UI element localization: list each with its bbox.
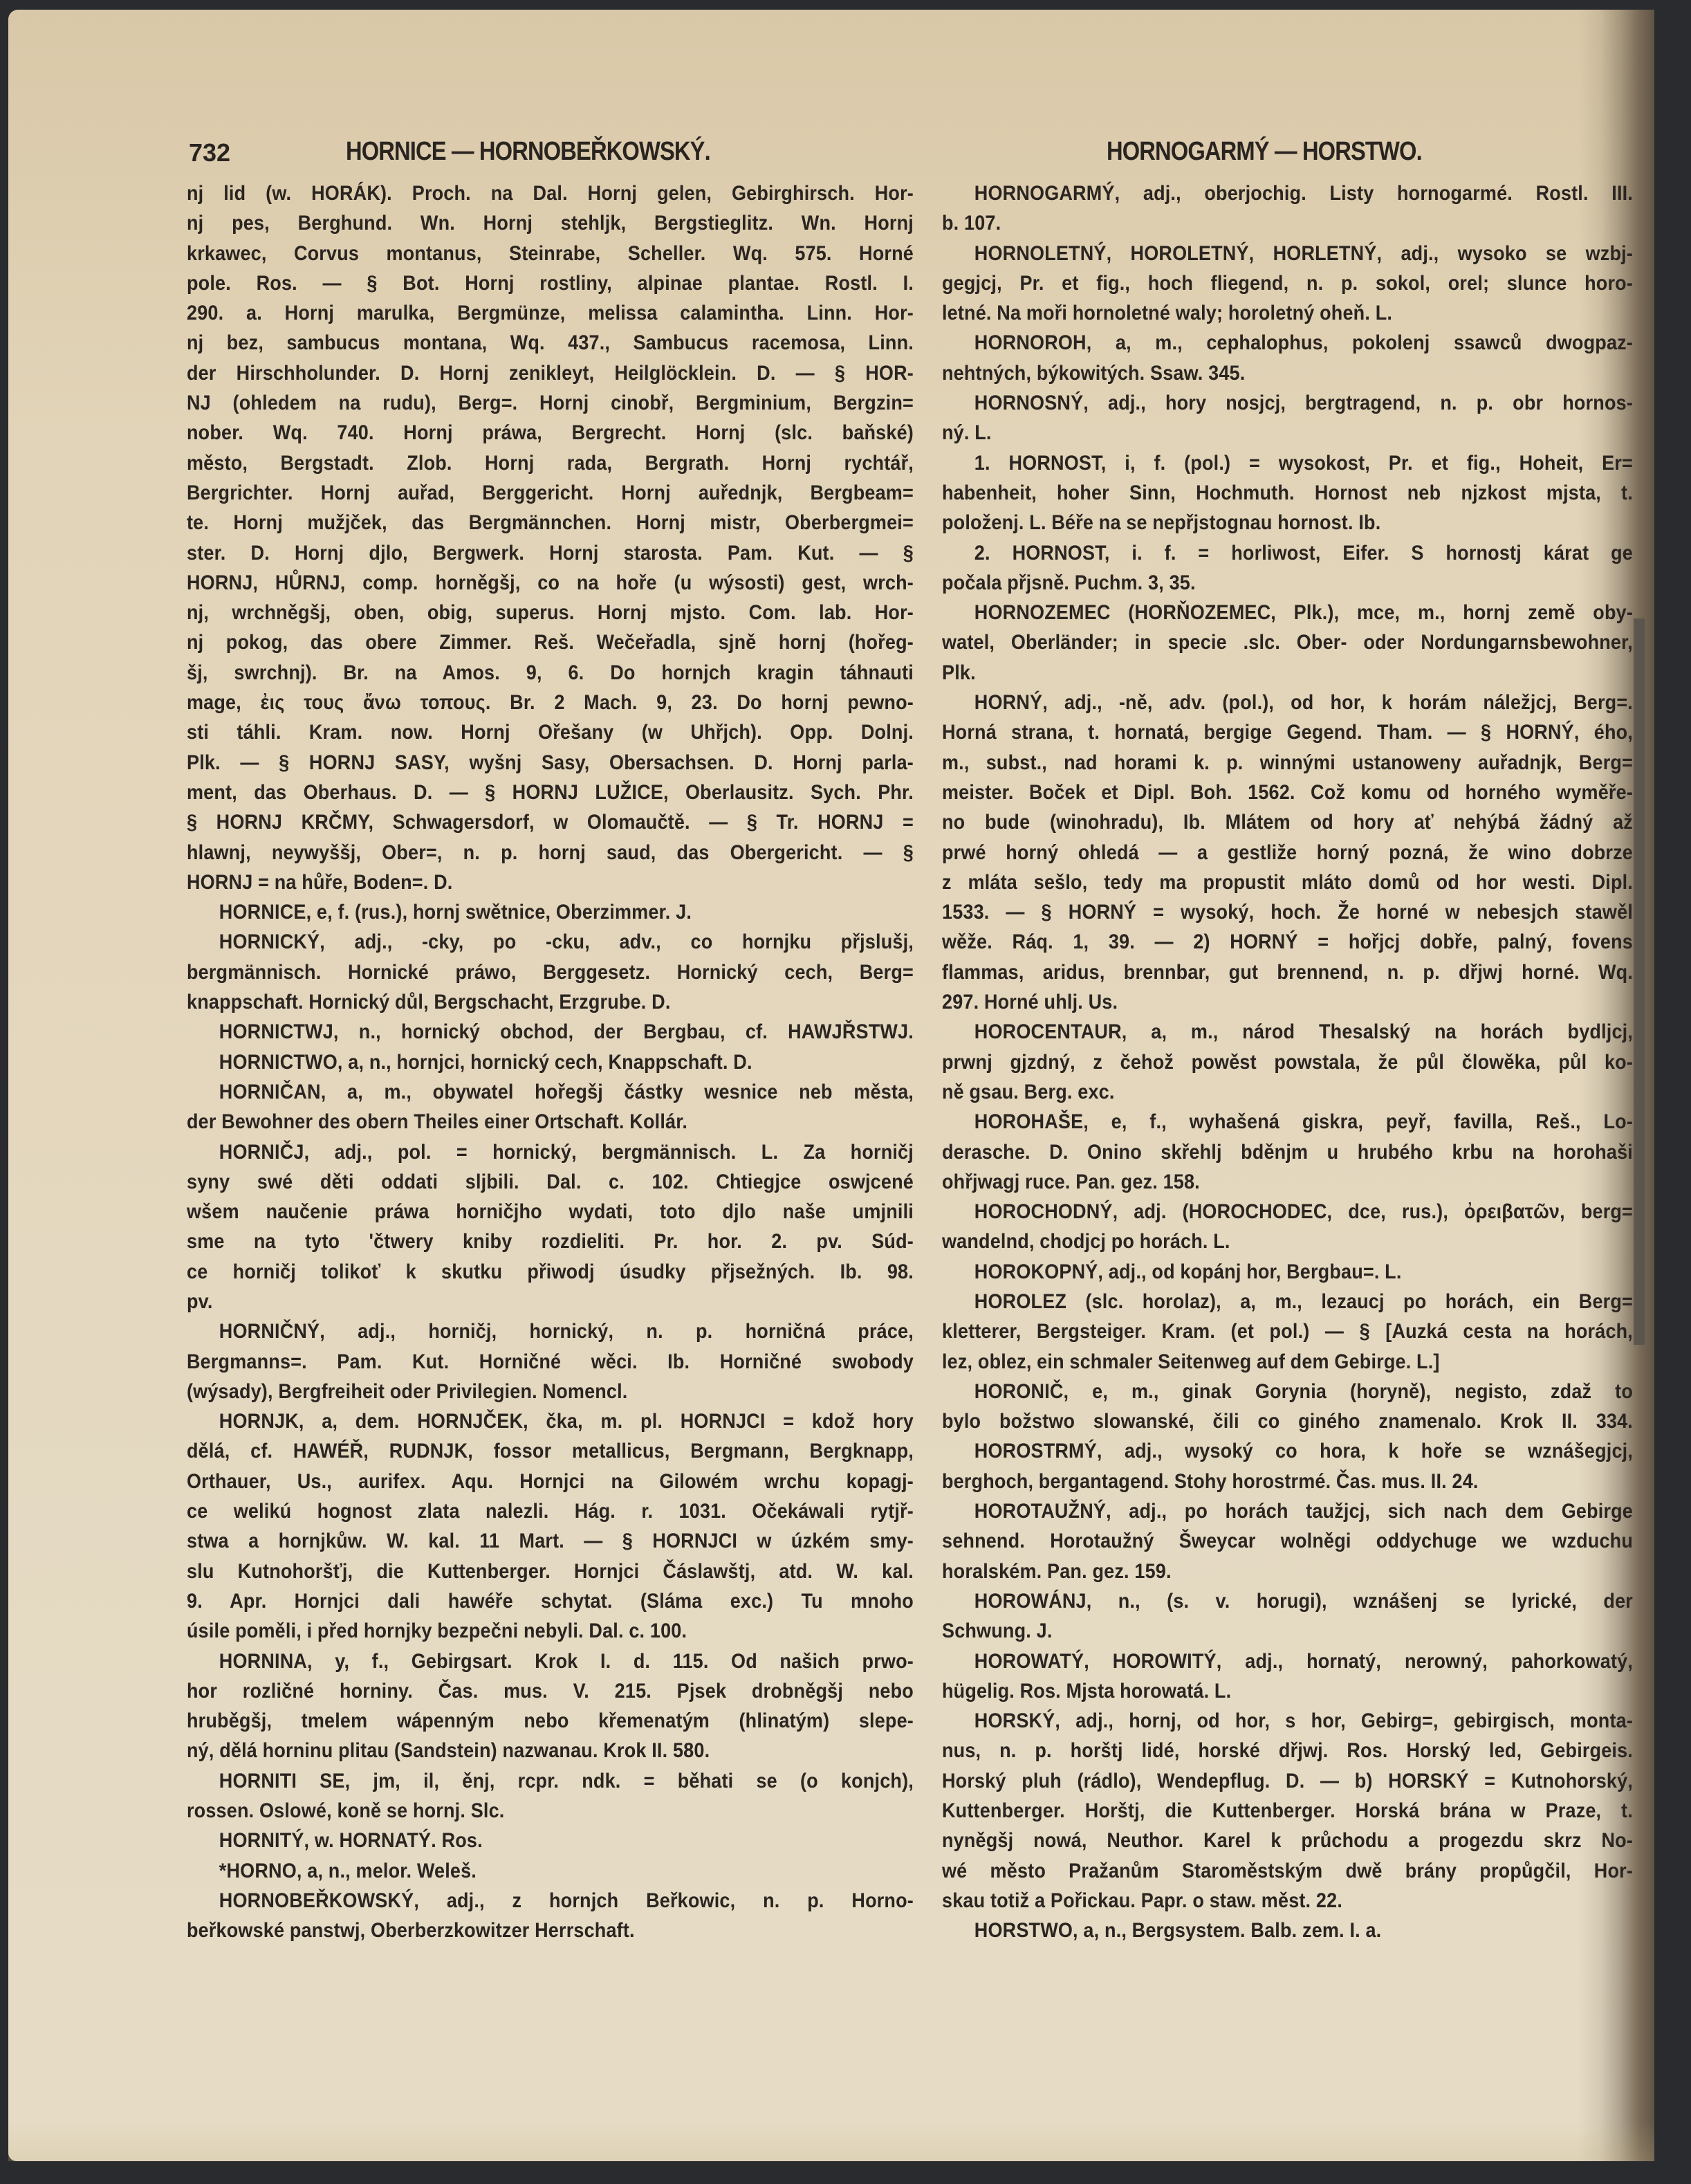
dictionary-text-line: HORNÝ, adj., -ně, adv. (pol.), od hor, k…	[942, 688, 1633, 717]
dictionary-text-line: HORNINA, y, f., Gebirgsart. Krok I. d. 1…	[187, 1646, 914, 1676]
dictionary-text-line: HORNIČAN, a, m., obywatel hořegšj částky…	[187, 1077, 914, 1107]
dictionary-text-line: prwnj gjzdný, z čehož powěst powstala, ž…	[942, 1047, 1633, 1077]
left-column: nj lid (w. HORÁK). Proch. na Dal. Hornj …	[187, 178, 914, 1946]
dictionary-text-line: HORSTWO, a, n., Bergsystem. Balb. zem. I…	[942, 1916, 1633, 1945]
dictionary-text-line: ohřjwagj ruce. Pan. gez. 158.	[942, 1167, 1633, 1197]
dictionary-text-line: HORNICTWO, a, n., hornjci, hornický cech…	[187, 1047, 914, 1077]
dictionary-text-line: nober. Wq. 740. Hornj práwa, Bergrecht. …	[187, 418, 914, 448]
dictionary-text-line: hor rozličné horniny. Čas. mus. V. 215. …	[187, 1676, 914, 1706]
dictionary-text-line: krkawec, Corvus montanus, Steinrabe, Sch…	[187, 239, 914, 268]
dictionary-text-line: HORNJK, a, dem. HORNJČEK, čka, m. pl. HO…	[187, 1406, 914, 1436]
dictionary-text-line: skau totiž a Pořickau. Papr. o staw. měs…	[942, 1886, 1633, 1916]
dictionary-text-line: bergmännisch. Hornické práwo, Berggesetz…	[187, 957, 914, 987]
dictionary-text-line: HORNITÝ, w. HORNATÝ. Ros.	[187, 1826, 914, 1855]
dictionary-text-line: HOROCENTAUR, a, m., národ Thesalský na h…	[942, 1017, 1633, 1047]
dictionary-text-line: lez, oblez, ein schmaler Seitenweg auf d…	[942, 1347, 1633, 1377]
running-head-left: HORNICE — HORNOBEŘKOWSKÝ.	[346, 137, 710, 178]
dictionary-text-line: stwa a hornjkůw. W. kal. 11 Mart. — § HO…	[187, 1526, 914, 1556]
dictionary-text-line: letné. Na moři hornoletné waly; horoletn…	[942, 298, 1633, 328]
dictionary-text-line: HORNICKÝ, adj., -cky, po -cku, adv., co …	[187, 927, 914, 957]
dictionary-text-line: gegjcj, Pr. et fig., hoch fliegend, n. p…	[942, 268, 1633, 298]
dictionary-text-line: Bergmanns=. Pam. Kut. Horničné wěci. Ib.…	[187, 1347, 914, 1377]
dictionary-text-line: sti táhli. Kram. now. Hornj Ořešany (w U…	[187, 717, 914, 747]
dictionary-text-line: nj lid (w. HORÁK). Proch. na Dal. Hornj …	[187, 178, 914, 208]
dictionary-text-line: hruběgšj, tmelem wápenným nebo křemenatý…	[187, 1706, 914, 1736]
running-head-right: HORNOGARMÝ — HORSTWO.	[1107, 137, 1422, 178]
dictionary-text-line: město, Bergstadt. Zlob. Hornj rada, Berg…	[187, 448, 914, 478]
dictionary-text-line: nyněgšj nowá, Neuthor. Karel k průchodu …	[942, 1826, 1633, 1855]
dictionary-text-line: 1. HORNOST, i, f. (pol.) = wysokost, Pr.…	[942, 448, 1633, 478]
dictionary-text-line: *HORNO, a, n., melor. Weleš.	[187, 1856, 914, 1886]
dictionary-text-line: HORSKÝ, adj., hornj, od hor, s hor, Gebi…	[942, 1706, 1633, 1736]
dictionary-text-line: Orthauer, Us., aurifex. Aqu. Hornjci na …	[187, 1467, 914, 1496]
dictionary-text-line: HORNOROH, a, m., cephalophus, pokolenj s…	[942, 328, 1633, 358]
page-number: 732	[189, 138, 230, 167]
dictionary-text-line: prwé horný ohledá — a gestliže horný poz…	[942, 838, 1633, 868]
dictionary-text-line: HOROWÁNJ, n., (s. v. horugi), wznášenj s…	[942, 1586, 1633, 1616]
dictionary-text-line: šj, swrchnj). Br. na Amos. 9, 6. Do horn…	[187, 658, 914, 688]
dictionary-text-line: nj pokog, das obere Zimmer. Reš. Wečeřad…	[187, 627, 914, 657]
dictionary-text-line: b. 107.	[942, 208, 1633, 238]
dictionary-text-line: HORNJ, HŮRNJ, comp. horněgšj, co na hoře…	[187, 568, 914, 598]
dictionary-text-line: HORNITI SE, jm, il, ěnj, rcpr. ndk. = bě…	[187, 1766, 914, 1796]
dictionary-text-line: wěže. Ráq. 1, 39. — 2) HORNÝ = hořjcj do…	[942, 927, 1633, 957]
dictionary-text-line: nus, n. p. horštj lidé, horské dřjwj. Ro…	[942, 1736, 1633, 1765]
dictionary-text-line: ce welikú hognost zlata nalezli. Hág. r.…	[187, 1496, 914, 1526]
dictionary-text-line: HORNIČNÝ, adj., horničj, hornický, n. p.…	[187, 1316, 914, 1346]
dictionary-text-line: slu Kutnohoršťj, die Kuttenberger. Hornj…	[187, 1557, 914, 1586]
dictionary-text-line: 1533. — § HORNÝ = wysoký, hoch. Že horné…	[942, 897, 1633, 927]
dictionary-text-line: 297. Horné uhlj. Us.	[942, 987, 1633, 1017]
page-bottom-edge	[8, 2120, 1654, 2161]
dictionary-text-line: meister. Boček et Dipl. Boh. 1562. Což k…	[942, 778, 1633, 807]
dictionary-text-line: HOROTAUŽNÝ, adj., po horách taužjcj, sic…	[942, 1496, 1633, 1526]
dictionary-text-line: z mláta sešlo, tedy ma propustit mláto d…	[942, 868, 1633, 897]
dictionary-text-line: hlawnj, neywyššj, Ober=, n. p. hornj sau…	[187, 838, 914, 868]
dictionary-text-line: 2. HORNOST, i. f. = horliwost, Eifer. S …	[942, 538, 1633, 568]
dictionary-text-line: úsile poměli, i před hornjky bezpečni ne…	[187, 1616, 914, 1646]
dictionary-text-line: sehnend. Horotaužný Šweycar wolněgi oddy…	[942, 1526, 1633, 1556]
dictionary-text-line: te. Hornj mužjček, das Bergmännchen. Hor…	[187, 508, 914, 538]
dictionary-text-line: bylo božstwo slowanské, čili co giného z…	[942, 1406, 1633, 1436]
dictionary-text-line: nj pes, Berghund. Wn. Hornj stehljk, Ber…	[187, 208, 914, 238]
dictionary-text-line: ster. D. Hornj djlo, Bergwerk. Hornj sta…	[187, 538, 914, 568]
dictionary-text-line: knappschaft. Hornický důl, Bergschacht, …	[187, 987, 914, 1017]
dictionary-text-line: pv.	[187, 1287, 914, 1316]
dictionary-text-line: HORNOBEŘKOWSKÝ, adj., z hornjch Beřkowic…	[187, 1886, 914, 1916]
dictionary-text-line: položenj. L. Béře na se nepřjstognau hor…	[942, 508, 1633, 538]
dictionary-text-line: derasche. D. Onino skřehlj bděnjm u hrub…	[942, 1137, 1633, 1167]
dictionary-text-line: HOROLEZ (slc. horolaz), a, m., lezaucj p…	[942, 1287, 1633, 1316]
dictionary-text-line: HORNOZEMEC (HORŇOZEMEC, Plk.), mce, m., …	[942, 598, 1633, 627]
dictionary-text-line: watel, Oberländer; in specie .slc. Ober-…	[942, 627, 1633, 657]
dictionary-text-line: ment, das Oberhaus. D. — § HORNJ LUŽICE,…	[187, 778, 914, 807]
dictionary-text-line: Horná strana, t. hornatá, bergige Gegend…	[942, 717, 1633, 747]
dictionary-text-line: mage, ἐις τους ἄνω τοπους. Br. 2 Mach. 9…	[187, 688, 914, 717]
dictionary-text-line: počala přjsně. Puchm. 3, 35.	[942, 568, 1633, 598]
dictionary-text-line: horalském. Pan. gez. 159.	[942, 1557, 1633, 1586]
dictionary-text-line: ně gsau. Berg. exc.	[942, 1077, 1633, 1107]
dictionary-text-line: nj, wrchněgšj, oben, obig, superus. Horn…	[187, 598, 914, 627]
dictionary-text-line: m., subst., nad horami k. p. winnými ust…	[942, 748, 1633, 778]
dictionary-text-line: sme na tyto 'čtwery kniby rozdieliti. Pr…	[187, 1227, 914, 1256]
dictionary-text-line: syny swé děti oddati sljbili. Dal. c. 10…	[187, 1167, 914, 1197]
dictionary-text-line: beřkowské panstwj, Oberberzkowitzer Herr…	[187, 1916, 914, 1945]
dictionary-text-line: Plk.	[942, 658, 1633, 688]
right-column: HORNOGARMÝ, adj., oberjochig. Listy horn…	[942, 178, 1634, 1946]
dictionary-text-line: wandelnd, chodjcj po horách. L.	[942, 1227, 1633, 1256]
dictionary-text-line: (wýsady), Bergfreiheit oder Privilegien.…	[187, 1377, 914, 1406]
dictionary-text-line: pole. Ros. — § Bot. Hornj rostliny, alpi…	[187, 268, 914, 298]
dictionary-text-line: Bergrichter. Hornj auřad, Berggericht. H…	[187, 478, 914, 508]
dictionary-text-line: HOROKOPNÝ, adj., od kopánj hor, Bergbau=…	[942, 1257, 1633, 1287]
dictionary-text-line: NJ (ohledem na rudu), Berg=. Hornj cinob…	[187, 388, 914, 418]
dictionary-text-line: 290. a. Hornj marulka, Bergmünze, meliss…	[187, 298, 914, 328]
dictionary-text-line: der Hirschholunder. D. Hornj zenikleyt, …	[187, 358, 914, 388]
dictionary-text-line: Plk. — § HORNJ SASY, wyšnj Sasy, Obersac…	[187, 748, 914, 778]
dictionary-text-line: Horský pluh (rádlo), Wendepflug. D. — b)…	[942, 1766, 1633, 1796]
dictionary-text-line: HORNICTWJ, n., hornický obchod, der Berg…	[187, 1017, 914, 1047]
dictionary-text-line: HORNJ = na hůře, Boden=. D.	[187, 868, 914, 897]
dictionary-text-line: HORNOLETNÝ, HOROLETNÝ, HORLETNÝ, adj., w…	[942, 239, 1633, 268]
dictionary-text-line: wé město Pražanům Staroměstským dwě brán…	[942, 1856, 1633, 1886]
dictionary-text-line: ný, dělá horninu plitau (Sandstein) nazw…	[187, 1736, 914, 1765]
dictionary-text-line: der Bewohner des obern Theiles einer Ort…	[187, 1107, 914, 1137]
dictionary-text-line: HOROHAŠE, e, f., wyhašená giskra, peyř, …	[942, 1107, 1633, 1137]
dictionary-text-line: wšem naučenie práwa horničjho wydati, to…	[187, 1197, 914, 1227]
dictionary-text-line: HORNICE, e, f. (rus.), hornj swětnice, O…	[187, 897, 914, 927]
dictionary-text-line: 9. Apr. Hornjci dali hawéře schytat. (Sl…	[187, 1586, 914, 1616]
binding-shadow-band	[1634, 618, 1645, 1345]
dictionary-text-line: HORONIČ, e, m., ginak Gorynia (horyně), …	[942, 1377, 1633, 1406]
dictionary-text-line: no bude (winohradu), Ib. Mlátem od hory …	[942, 807, 1633, 837]
dictionary-text-line: HOROSTRMÝ, adj., wysoký co hora, k hoře …	[942, 1436, 1633, 1466]
dictionary-text-line: hügelig. Ros. Mjsta horowatá. L.	[942, 1676, 1633, 1706]
dictionary-text-line: § HORNJ KRČMY, Schwagersdorf, w Olomaučt…	[187, 807, 914, 837]
dictionary-text-line: nehtných, býkowitých. Ssaw. 345.	[942, 358, 1633, 388]
dictionary-text-line: dělá, cf. HAWÉŘ, RUDNJK, fossor metallic…	[187, 1436, 914, 1466]
dictionary-text-line: ce horničj tolikoť k skutku přiwodj úsud…	[187, 1257, 914, 1287]
dictionary-text-line: rossen. Oslowé, koně se hornj. Slc.	[187, 1796, 914, 1826]
dictionary-text-line: HOROCHODNÝ, adj. (HOROCHODEC, dce, rus.)…	[942, 1197, 1633, 1227]
dictionary-text-line: flammas, aridus, brennbar, gut brennend,…	[942, 957, 1633, 987]
dictionary-text-line: berghoch, bergantagend. Stohy horostrmé.…	[942, 1467, 1633, 1496]
dictionary-text-line: HOROWATÝ, HOROWITÝ, adj., hornatý, nerow…	[942, 1646, 1633, 1676]
dictionary-text-line: habenheit, hoher Sinn, Hochmuth. Hornost…	[942, 478, 1633, 508]
dictionary-text-line: HORNOSNÝ, adj., hory nosjcj, bergtragend…	[942, 388, 1633, 418]
dictionary-text-line: HORNOGARMÝ, adj., oberjochig. Listy horn…	[942, 178, 1633, 208]
dictionary-text-line: ný. L.	[942, 418, 1633, 448]
dictionary-text-line: Schwung. J.	[942, 1616, 1633, 1646]
dictionary-text-line: Kuttenberger. Horštj, die Kuttenberger. …	[942, 1796, 1633, 1826]
dictionary-text-line: HORNIČJ, adj., pol. = hornický, bergmänn…	[187, 1137, 914, 1167]
dictionary-text-line: kletterer, Bergsteiger. Kram. (et pol.) …	[942, 1316, 1633, 1346]
dictionary-text-line: nj bez, sambucus montana, Wq. 437., Samb…	[187, 328, 914, 358]
